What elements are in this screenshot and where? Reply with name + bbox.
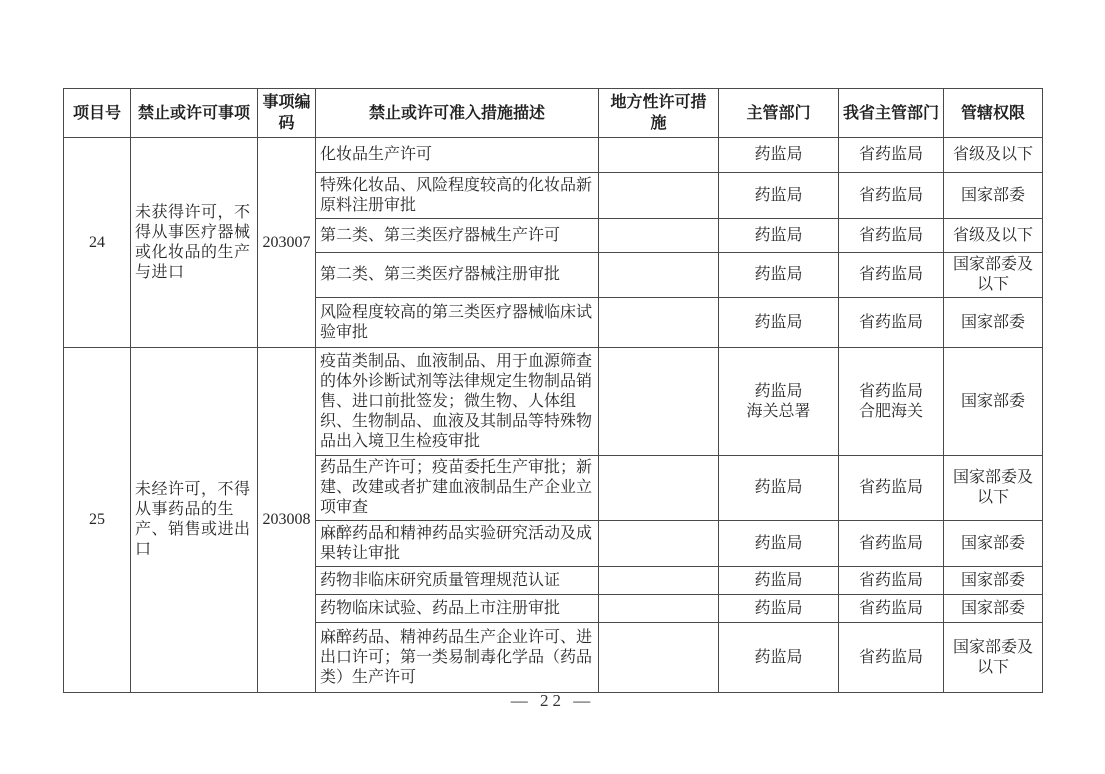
cell-prov-dept: 省药监局 — [839, 521, 944, 567]
cell-dept: 药监局 — [719, 567, 839, 595]
col-header-code: 事项编码 — [258, 89, 316, 138]
cell-matter: 未获得许可，不得从事医疗器械或化妆品的生产与进口 — [131, 138, 258, 348]
cell-measure: 第二类、第三类医疗器械注册审批 — [316, 253, 599, 298]
cell-prov-dept: 省药监局 — [839, 138, 944, 173]
col-header-local-measure: 地方性许可措施 — [599, 89, 719, 138]
cell-local-measure — [599, 173, 719, 219]
cell-authority: 国家部委及以下 — [944, 623, 1043, 693]
cell-authority: 省级及以下 — [944, 138, 1043, 173]
col-header-authority: 管辖权限 — [944, 89, 1043, 138]
cell-local-measure — [599, 298, 719, 348]
cell-authority: 国家部委 — [944, 298, 1043, 348]
cell-prov-dept: 省药监局 — [839, 567, 944, 595]
col-header-prov-dept: 我省主管部门 — [839, 89, 944, 138]
cell-local-measure — [599, 521, 719, 567]
cell-authority: 国家部委 — [944, 567, 1043, 595]
cell-local-measure — [599, 219, 719, 253]
cell-prov-dept: 省药监局 — [839, 623, 944, 693]
cell-authority: 国家部委及以下 — [944, 456, 1043, 521]
cell-code: 203007 — [258, 138, 316, 348]
cell-prov-dept: 省药监局 — [839, 456, 944, 521]
cell-measure: 化妆品生产许可 — [316, 138, 599, 173]
cell-authority: 国家部委及以下 — [944, 253, 1043, 298]
cell-prov-dept: 省药监局 — [839, 253, 944, 298]
cell-dept: 药监局 — [719, 173, 839, 219]
cell-measure: 第二类、第三类医疗器械生产许可 — [316, 219, 599, 253]
cell-local-measure — [599, 595, 719, 623]
table-row: 24 未获得许可，不得从事医疗器械或化妆品的生产与进口 203007 化妆品生产… — [64, 138, 1043, 173]
cell-dept: 药监局 — [719, 138, 839, 173]
cell-dept: 药监局 — [719, 456, 839, 521]
cell-measure: 药物临床试验、药品上市注册审批 — [316, 595, 599, 623]
cell-prov-dept: 省药监局 — [839, 298, 944, 348]
cell-prov-dept: 省药监局 — [839, 173, 944, 219]
cell-prov-dept: 省药监局 合肥海关 — [839, 348, 944, 456]
cell-code: 203008 — [258, 348, 316, 693]
col-header-item-no: 项目号 — [64, 89, 131, 138]
cell-item-no: 25 — [64, 348, 131, 693]
document-page: 项目号 禁止或许可事项 事项编码 禁止或许可准入措施描述 地方性许可措施 主管部… — [0, 0, 1105, 774]
cell-measure: 药品生产许可；疫苗委托生产审批；新建、改建或者扩建血液制品生产企业立项审查 — [316, 456, 599, 521]
cell-dept: 药监局 — [719, 521, 839, 567]
cell-local-measure — [599, 456, 719, 521]
col-header-measure-desc: 禁止或许可准入措施描述 — [316, 89, 599, 138]
cell-measure: 疫苗类制品、血液制品、用于血源筛查的体外诊断试剂等法律规定生物制品销售、进口前批… — [316, 348, 599, 456]
table-row: 25 未经许可，不得从事药品的生产、销售或进出口 203008 疫苗类制品、血液… — [64, 348, 1043, 456]
cell-dept: 药监局 海关总署 — [719, 348, 839, 456]
cell-authority: 国家部委 — [944, 348, 1043, 456]
cell-matter: 未经许可，不得从事药品的生产、销售或进出口 — [131, 348, 258, 693]
cell-prov-dept: 省药监局 — [839, 219, 944, 253]
cell-item-no: 24 — [64, 138, 131, 348]
cell-local-measure — [599, 253, 719, 298]
cell-local-measure — [599, 138, 719, 173]
cell-measure: 风险程度较高的第三类医疗器械临床试验审批 — [316, 298, 599, 348]
table-header-row: 项目号 禁止或许可事项 事项编码 禁止或许可准入措施描述 地方性许可措施 主管部… — [64, 89, 1043, 138]
col-header-matter: 禁止或许可事项 — [131, 89, 258, 138]
cell-authority: 国家部委 — [944, 521, 1043, 567]
cell-dept: 药监局 — [719, 623, 839, 693]
cell-measure: 特殊化妆品、风险程度较高的化妆品新原料注册审批 — [316, 173, 599, 219]
cell-measure: 麻醉药品、精神药品生产企业许可、进出口许可；第一类易制毒化学品（药品类）生产许可 — [316, 623, 599, 693]
cell-dept: 药监局 — [719, 298, 839, 348]
cell-dept: 药监局 — [719, 595, 839, 623]
col-header-dept: 主管部门 — [719, 89, 839, 138]
cell-measure: 麻醉药品和精神药品实验研究活动及成果转让审批 — [316, 521, 599, 567]
admission-measures-table: 项目号 禁止或许可事项 事项编码 禁止或许可准入措施描述 地方性许可措施 主管部… — [63, 88, 1043, 693]
cell-authority: 国家部委 — [944, 595, 1043, 623]
cell-local-measure — [599, 623, 719, 693]
cell-authority: 国家部委 — [944, 173, 1043, 219]
cell-prov-dept: 省药监局 — [839, 595, 944, 623]
cell-authority: 省级及以下 — [944, 219, 1043, 253]
cell-local-measure — [599, 567, 719, 595]
page-number: — 22 — — [0, 691, 1105, 711]
cell-dept: 药监局 — [719, 219, 839, 253]
cell-measure: 药物非临床研究质量管理规范认证 — [316, 567, 599, 595]
cell-local-measure — [599, 348, 719, 456]
cell-dept: 药监局 — [719, 253, 839, 298]
